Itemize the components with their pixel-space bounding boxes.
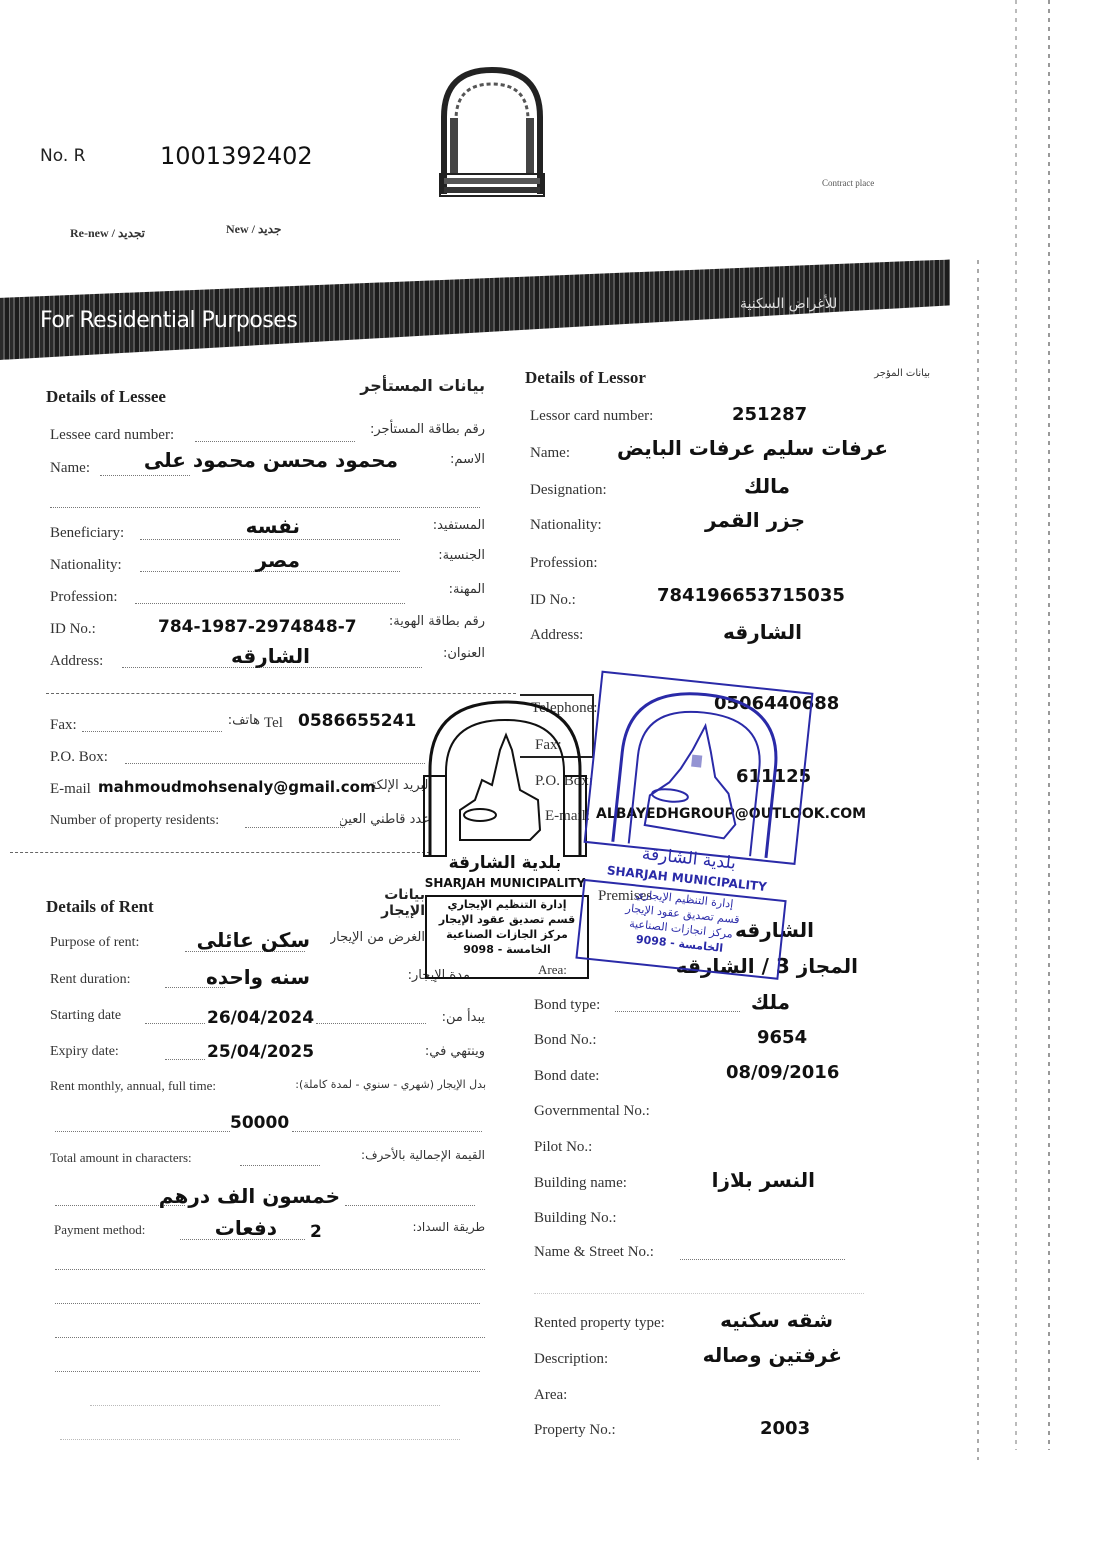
property-number-value[interactable]: 2003 [760, 1418, 810, 1439]
property-description-label: Description: [534, 1351, 608, 1368]
stamp-black-title-en: SHARJAH MUNICIPALITY [420, 876, 590, 891]
dotted-line [55, 1268, 485, 1270]
lessee-beneficiary-value[interactable]: نفسه [240, 514, 300, 538]
rent-amount-label-ar: بدل الإيجار (شهري - سنوي - لمدة كاملة): [268, 1078, 486, 1091]
lessee-pobox-label: P.O. Box: [50, 749, 108, 766]
rent-expiry-label-ar: وينتهي في: [400, 1044, 485, 1059]
lessee-card-field[interactable] [195, 440, 355, 442]
dotted-line [292, 1130, 482, 1132]
governmental-number-label: Governmental No.: [534, 1103, 650, 1120]
municipality-stamp-black: بلدية الشارقة SHARJAH MUNICIPALITY إدارة… [420, 690, 590, 980]
contract-number-label: No. R [40, 146, 85, 166]
scan-edge-line [1048, 0, 1050, 1450]
property-type-value[interactable]: شقه سكنيه [755, 1308, 833, 1332]
lessee-beneficiary-label: Beneficiary: [50, 525, 124, 542]
renew-checkbox-label[interactable]: Re-new / تجديد [70, 226, 145, 241]
rent-start-label-ar: يبدأ من: [420, 1010, 485, 1025]
lessee-address-label-ar: العنوان: [420, 646, 485, 661]
lessor-designation-value[interactable]: مالك [730, 474, 790, 498]
dotted-line [50, 506, 480, 508]
scan-edge-line [977, 260, 979, 1460]
lessor-address-label: Address: [530, 627, 583, 644]
lessee-card-label-ar: رقم بطاقة المستأجر: [355, 422, 485, 437]
dotted-line [55, 1130, 230, 1132]
stamp-black-box: إدارة التنظيم الإيجاري قسم تصديق عقود ال… [425, 895, 589, 979]
lessee-tel-label: Tel [264, 715, 283, 732]
lessee-id-value[interactable]: 784-1987-2974848-7 [158, 617, 357, 637]
lessee-address-value[interactable]: الشارقه [230, 644, 310, 668]
lessee-id-label: ID No.: [50, 621, 96, 638]
rent-amount-label: Rent monthly, annual, full time: [50, 1078, 216, 1094]
new-checkbox-label[interactable]: New / جديد [226, 222, 281, 237]
lessee-tel-label-ar: هاتف: [228, 713, 260, 728]
rent-purpose-label: Purpose of rent: [50, 935, 139, 951]
lessee-residents-label-ar: عدد قاطني العين المؤجرة: [340, 812, 430, 827]
dotted-line [316, 1022, 426, 1024]
lessee-address-label: Address: [50, 653, 103, 670]
dotted-line [345, 1204, 475, 1206]
rent-heading-ar: بيانات الإيجار [360, 887, 425, 919]
lessee-nationality-label: Nationality: [50, 557, 122, 574]
section-divider [10, 852, 430, 853]
lessor-card-label: Lessor card number: [530, 408, 653, 425]
municipality-stamp-blue: بلدية الشارقة SHARJAH MUNICIPALITY إدارة… [570, 670, 814, 981]
lessor-nationality-value[interactable]: جزر القمر [700, 508, 805, 532]
dotted-line [55, 1336, 485, 1338]
stamp-black-line: إدارة التنظيم الإيجاري [427, 897, 587, 912]
stamp-black-line: الخامسة - 9098 [427, 942, 587, 957]
lessee-profession-label-ar: المهنة: [420, 582, 485, 597]
dotted-line [100, 474, 190, 476]
lessee-heading-ar: بيانات المستأجر [355, 376, 485, 395]
rent-payment-count[interactable]: 2 [310, 1222, 322, 1242]
sharjah-municipality-logo [436, 62, 548, 198]
lessee-profession-label: Profession: [50, 589, 118, 606]
rent-total-label: Total amount in characters: [50, 1150, 192, 1166]
bond-type-label: Bond type: [534, 997, 600, 1014]
dotted-line [90, 1404, 440, 1406]
lessee-name-value[interactable]: محمود محسن محمود على [168, 448, 398, 472]
building-number-label: Building No.: [534, 1210, 617, 1227]
lessee-id-label-ar: رقم بطاقة الهوية: [368, 614, 485, 629]
property-area-label: Area: [534, 1387, 567, 1404]
building-name-value[interactable]: النسر بلازا [715, 1168, 815, 1192]
lessee-card-label: Lessee card number: [50, 427, 174, 444]
property-description-value[interactable]: غرفتين وصاله [710, 1343, 842, 1367]
stamp-blue-box: إدارة التنظيم الإيجاري قسم تصديق عقود ال… [575, 879, 786, 980]
lessee-name-label: Name: [50, 460, 90, 477]
street-field[interactable] [680, 1258, 845, 1260]
lessor-heading-ar: بيانات المؤجر [860, 368, 930, 379]
lessee-heading: Details of Lessee [46, 387, 166, 407]
bond-number-label: Bond No.: [534, 1032, 597, 1049]
rent-start-label: Starting date [50, 1008, 121, 1024]
dotted-line [145, 1022, 205, 1024]
municipality-arch-icon [582, 670, 814, 867]
property-type-label: Rented property type: [534, 1315, 665, 1332]
lessor-card-value[interactable]: 251287 [732, 404, 807, 425]
lessee-name-label-ar: الاسم: [420, 452, 485, 467]
bond-date-value[interactable]: 08/09/2016 [726, 1062, 839, 1083]
dotted-line [140, 538, 400, 540]
banner-title-ar: للأغراض السكنية [740, 296, 837, 312]
dotted-line [240, 1164, 320, 1166]
rent-heading: Details of Rent [46, 897, 154, 917]
rent-purpose-label-ar: الغرض من الإيجار: [330, 930, 425, 945]
property-number-label: Property No.: [534, 1422, 616, 1439]
lessee-email-value[interactable]: mahmoudmohsenaly@gmail.com [98, 778, 376, 796]
rent-payment-value[interactable]: دفعات [215, 1216, 277, 1240]
lessor-id-value[interactable]: 784196653715035 [657, 585, 845, 606]
municipality-arch-icon [420, 690, 590, 860]
dotted-line [534, 1292, 864, 1294]
rent-amount-value[interactable]: 50000 [230, 1113, 289, 1133]
lessor-profession-label: Profession: [530, 555, 598, 572]
street-label: Name & Street No.: [534, 1244, 654, 1261]
lessee-nationality-label-ar: الجنسية: [410, 548, 485, 563]
rent-duration-label: Rent duration: [50, 972, 131, 988]
banner-title: For Residential Purposes [40, 308, 297, 333]
dotted-line [55, 1302, 480, 1304]
lessee-pobox-field[interactable] [125, 762, 425, 764]
lessor-address-value[interactable]: الشارقه [720, 620, 802, 644]
lessee-residents-label: Number of property residents: [50, 813, 219, 829]
lessor-name-label: Name: [530, 445, 570, 462]
dotted-line [165, 1058, 205, 1060]
bond-type-value[interactable]: ملك [740, 990, 790, 1014]
lessee-email-label: E-mail [50, 781, 91, 798]
lessee-fax-field[interactable] [82, 730, 222, 732]
lessor-designation-label: Designation: [530, 482, 607, 499]
pilot-number-label: Pilot No.: [534, 1139, 592, 1156]
rent-start-value[interactable]: 26/04/2024 [207, 1008, 314, 1028]
bond-date-label: Bond date: [534, 1068, 599, 1085]
lessee-beneficiary-label-ar: المستفيد: [410, 518, 485, 533]
lessor-nationality-label: Nationality: [530, 517, 602, 534]
stamp-black-title-ar: بلدية الشارقة [420, 856, 590, 871]
lessor-name-value[interactable]: عرفات سليم عرفات البايض [620, 436, 888, 460]
lessee-tel-value[interactable]: 0586655241 [298, 711, 416, 731]
rent-purpose-value[interactable]: سكن عائلى [210, 928, 310, 952]
dotted-line [55, 1370, 480, 1372]
building-name-label: Building name: [534, 1175, 627, 1192]
rent-payment-label-ar: طريقة السداد: [400, 1220, 485, 1234]
rent-payment-label: Payment method: [54, 1222, 145, 1238]
lessee-fax-label: Fax: [50, 717, 77, 734]
rent-total-value[interactable]: خمسون الف درهم [180, 1184, 340, 1208]
contract-place-label: Contract place [822, 178, 874, 188]
dotted-line [615, 1010, 740, 1012]
scan-edge-line [1015, 0, 1017, 1450]
rent-duration-value[interactable]: سنه واحده [210, 965, 310, 989]
rent-expiry-label: Expiry date: [50, 1044, 119, 1060]
lessee-profession-field[interactable] [135, 602, 405, 604]
rent-expiry-value[interactable]: 25/04/2025 [207, 1042, 314, 1062]
contract-number-value: 1001392402 [160, 142, 313, 170]
bond-number-value[interactable]: 9654 [757, 1027, 807, 1048]
lessor-id-label: ID No.: [530, 592, 576, 609]
lessor-heading: Details of Lessor [525, 368, 646, 388]
stamp-black-line: مركز الجازات الصناعية [427, 927, 587, 942]
rent-total-label-ar: القيمة الإجمالية بالأحرف: [330, 1148, 485, 1162]
lessee-nationality-value[interactable]: مصر [250, 548, 300, 572]
stamp-black-line: قسم تصديق عقود الإيجار [427, 912, 587, 927]
dotted-line [60, 1438, 460, 1440]
lessee-residents-field[interactable] [245, 826, 345, 828]
